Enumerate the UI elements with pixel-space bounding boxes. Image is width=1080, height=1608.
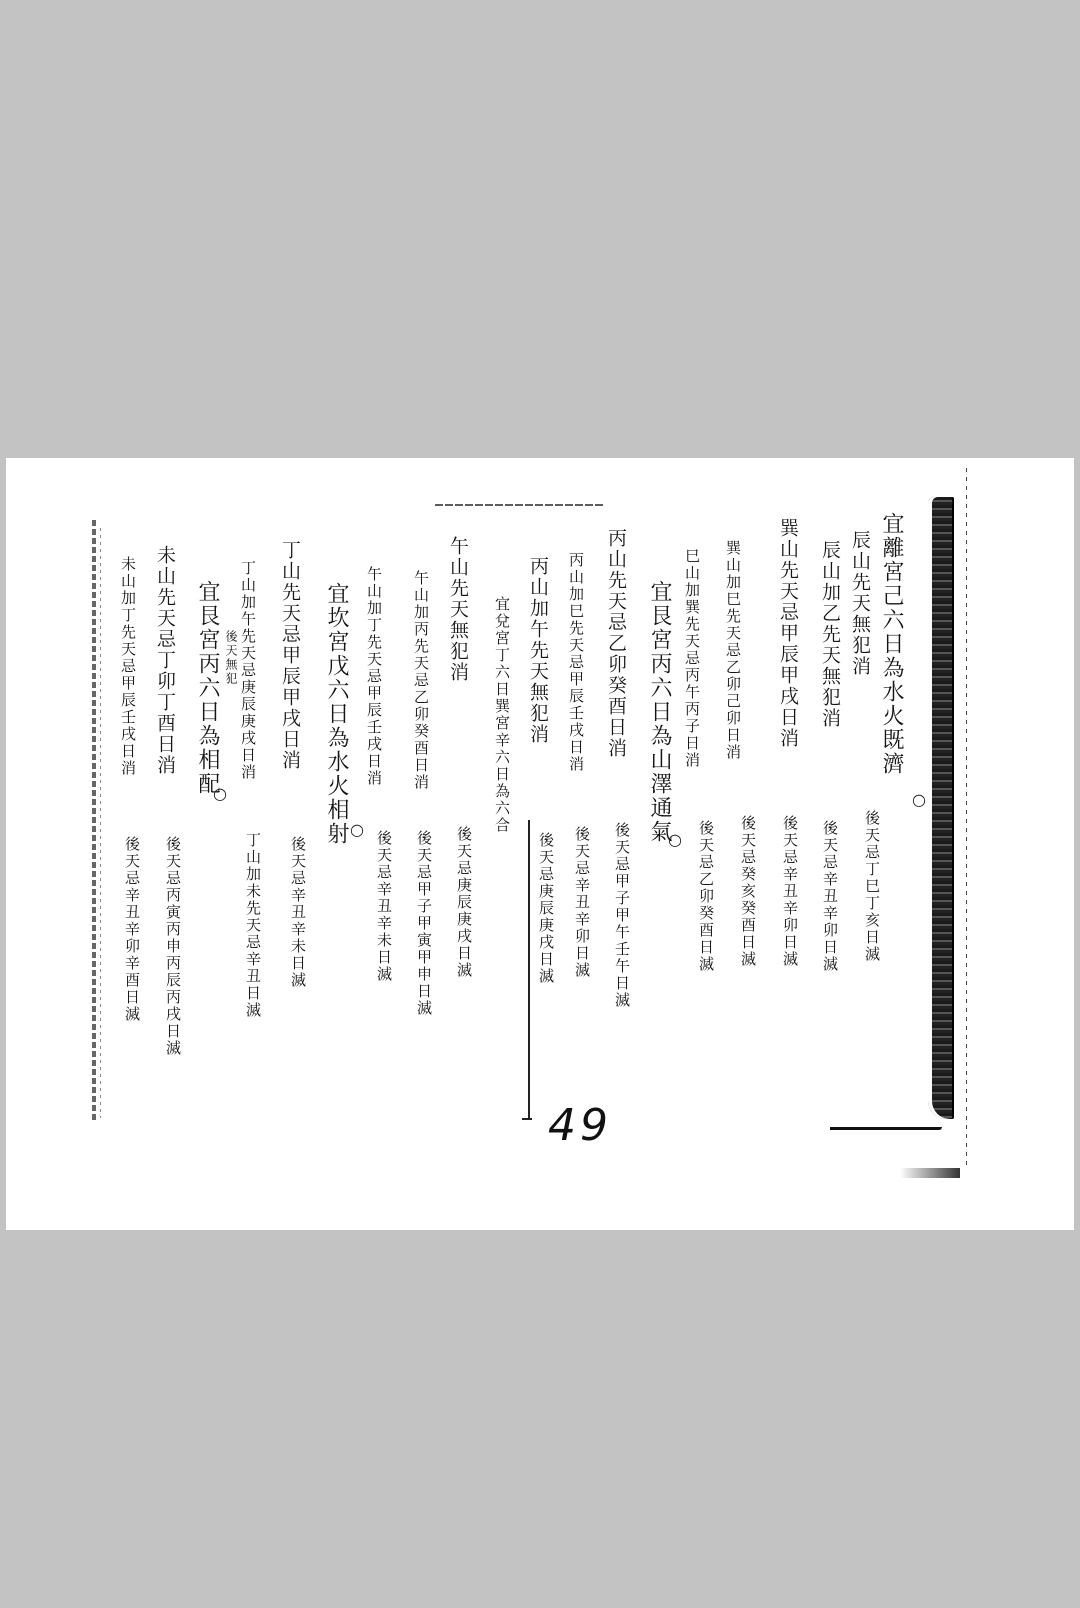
houtian-entry-4: 後天忌癸亥癸酉日滅 (740, 815, 755, 968)
heading-kan-palace: 宜坎宮戊六日為水火相射 (325, 582, 347, 846)
houtian-entry-8: 後天忌庚辰庚戌日滅 (538, 832, 553, 985)
entry-wei-jia-ding: 未山加丁先天忌甲辰壬戌日消 (120, 556, 135, 777)
houtian-entry-2: 後天忌辛丑辛卯日滅 (822, 820, 837, 973)
entry-wu-jia-bing: 午山加丙先天忌乙卯癸酉日消 (413, 570, 428, 791)
houtian-entry-7: 後天忌辛丑辛卯日滅 (574, 826, 589, 979)
book-spine (928, 497, 954, 1119)
entry-ding-jia-wu: 丁山加午先天忌庚辰庚戌日消 (240, 560, 255, 781)
houtian-entry-3: 後天忌辛丑辛卯日滅 (782, 815, 797, 968)
entry-wei-mountain: 未山先天忌丁卯丁酉日消 (155, 545, 174, 776)
entry-chen-jia-yi: 辰山加乙先天無犯消 (820, 540, 839, 729)
entry-bing-jia-si: 丙山加巳先天忌甲辰壬戌日消 (568, 552, 583, 773)
houtian-entry-15: 後天忌辛丑辛卯辛酉日滅 (124, 836, 139, 1023)
circle-mark: ○ (350, 820, 364, 839)
houtian-entry-5: 後天忌乙卯癸酉日滅 (698, 820, 713, 973)
entry-chen-mountain: 辰山先天無犯消 (850, 530, 869, 677)
entry-ding-mountain: 丁山先天忌甲辰甲戌日消 (280, 540, 299, 771)
center-divider-tick (522, 1118, 532, 1120)
circle-mark: ○ (668, 830, 682, 849)
houtian-entry-1: 後天忌丁巳丁亥日滅 (864, 810, 879, 963)
heading-gen-palace-xiangpei: 宜艮宮丙六日為相配 (196, 580, 218, 796)
circle-mark: ○ (912, 790, 926, 809)
top-rule-line (435, 504, 605, 506)
houtian-entry-9: 後天忌庚辰庚戌日滅 (456, 826, 471, 979)
houtian-entry-10: 後天忌甲子甲寅甲申日滅 (416, 830, 431, 1017)
circle-mark: ○ (213, 784, 227, 803)
entry-wu-mountain: 午山先天無犯消 (448, 536, 467, 683)
book-spine-bottom-edge (830, 1127, 942, 1130)
entry-si-jia-xun: 巳山加巽先天忌丙午丙子日消 (684, 548, 699, 769)
houtian-entry-12: 後天忌辛丑辛未日滅 (290, 836, 305, 989)
entry-xun-jia-si: 巽山加巳先天忌乙卯己卯日消 (725, 540, 740, 761)
houtian-entry-6: 後天忌甲子甲午壬午日滅 (614, 822, 629, 1009)
page-right-edge (966, 468, 967, 1168)
scan-smudge (900, 1168, 960, 1178)
page-left-border (92, 520, 96, 1120)
entry-bing-jia-wu: 丙山加午先天無犯消 (528, 556, 547, 745)
entry-bing-mountain: 丙山先天忌乙卯癸酉日消 (606, 528, 625, 759)
houtian-entry-11: 後天忌辛丑辛未日滅 (376, 830, 391, 983)
heading-dui-xun-liuhe: 宜兌宮丁六日巽宮辛六日為六合 (494, 596, 509, 834)
entry-wu-jia-ding: 午山加丁先天忌甲辰壬戌日消 (366, 566, 381, 787)
entry-xun-mountain: 巽山先天忌甲辰甲戌日消 (778, 518, 797, 749)
page-left-border-inner (100, 528, 101, 1118)
center-divider-line (528, 820, 530, 1120)
heading-gen-palace-shanze: 宜艮宮丙六日為山澤通氣 (648, 580, 670, 844)
page-number: 49 (548, 1100, 612, 1151)
houtian-entry-14: 後天忌丙寅丙申丙辰丙戌日滅 (165, 836, 180, 1057)
note-houtian-wufan: 後天無犯 (225, 630, 237, 686)
houtian-entry-13: 丁山加未先天忌辛丑日滅 (245, 832, 260, 1019)
heading-li-palace: 宜離宮己六日為水火既濟 (880, 512, 902, 776)
